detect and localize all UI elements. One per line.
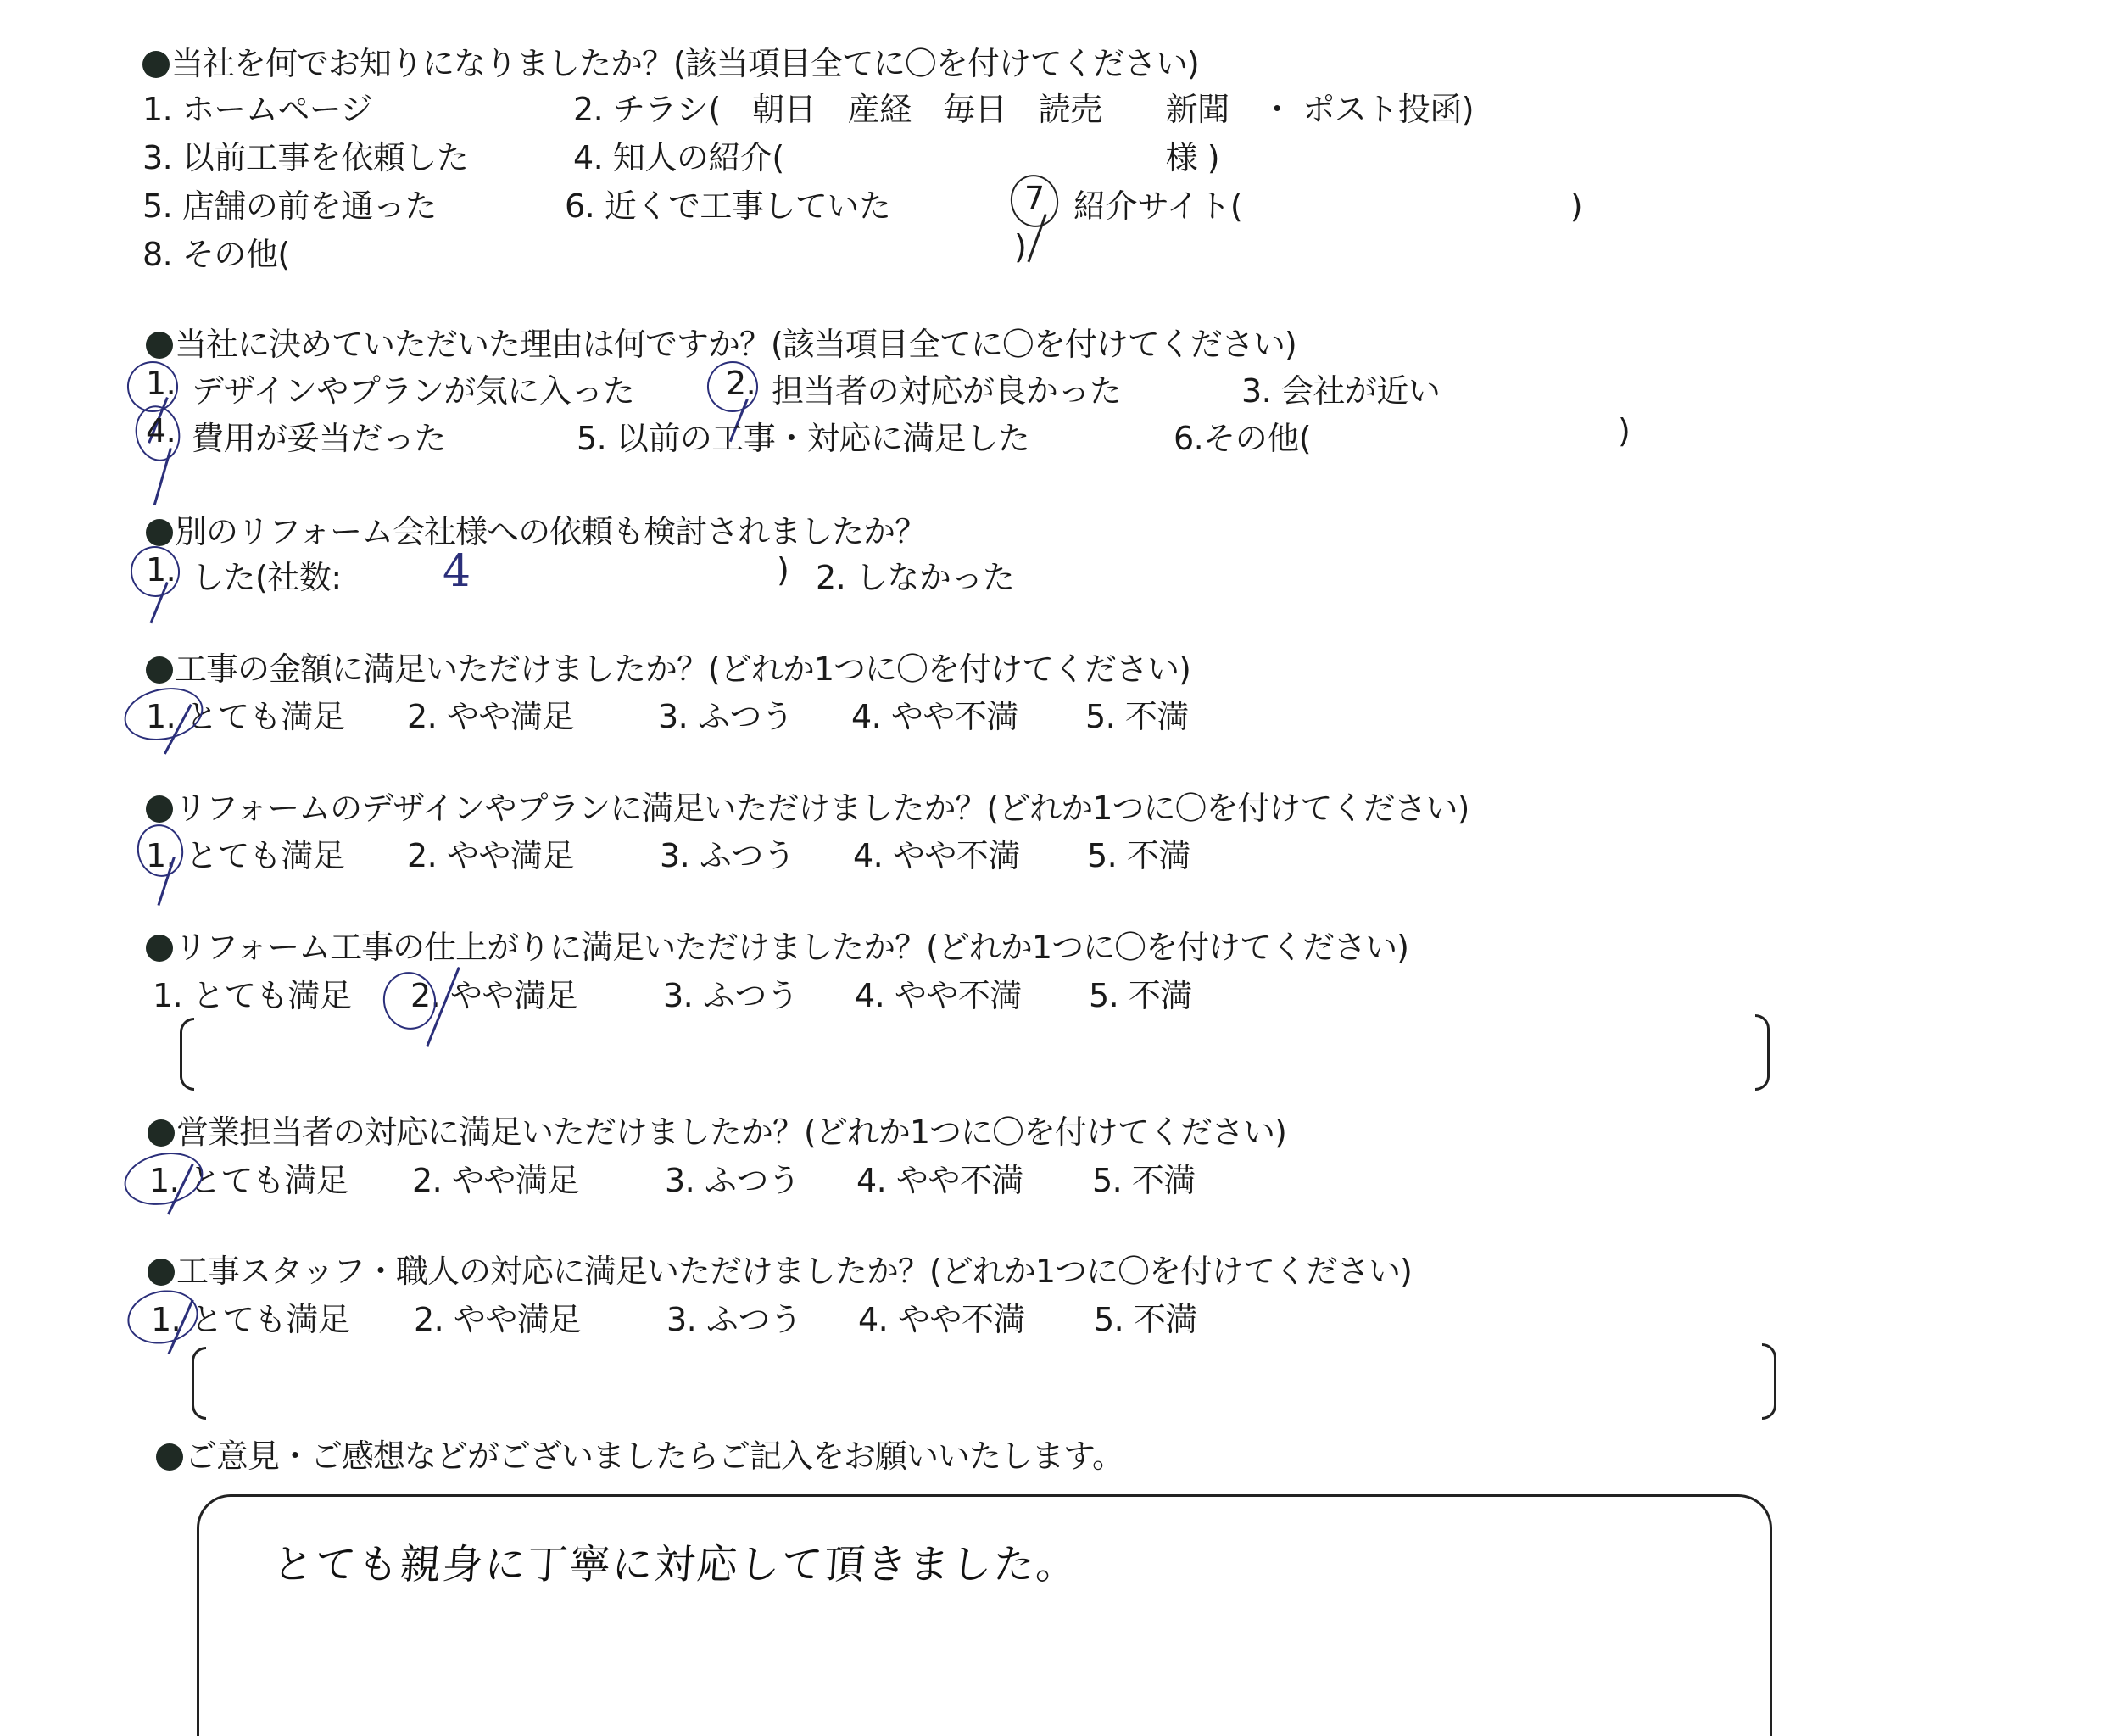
q3-title: 別のリフォーム会社様への依頼も検討されましたか？ xyxy=(146,505,926,552)
q6-comment-field[interactable] xyxy=(204,1022,1747,1081)
q5-option-3[interactable]: 3. ふつう xyxy=(660,829,795,876)
bullet-icon xyxy=(146,795,173,823)
q1-option-6[interactable]: 6. 近くで工事していた xyxy=(565,180,890,226)
q2-title: 当社に決めていただいた理由は何ですか？(該当項目全てに〇を付けてください) xyxy=(146,318,1296,365)
q4-option-2[interactable]: 2. やや満足 xyxy=(407,690,574,737)
q9-comment-handwritten[interactable]: とても親身に丁寧に対応して頂きました。 xyxy=(271,1532,1081,1590)
q8-option-3[interactable]: 3. ふつう xyxy=(666,1293,801,1340)
q1-title: 当社を何でお知りになりましたか？(該当項目全てに〇を付けてください) xyxy=(142,37,1199,84)
q3-option-1-close: ) xyxy=(777,551,789,589)
q1-option-8[interactable]: 8. その他( xyxy=(142,228,290,275)
q2-option-5[interactable]: 5. 以前の工事・対応に満足した xyxy=(577,412,1029,459)
bullet-icon xyxy=(146,519,173,546)
q7-option-2[interactable]: 2. やや満足 xyxy=(412,1154,579,1201)
q6-option-3[interactable]: 3. ふつう xyxy=(663,969,798,1016)
q1-title-text: 当社を何でお知りになりましたか？(該当項目全てに〇を付けてください) xyxy=(171,45,1199,82)
bullet-icon xyxy=(148,1259,175,1286)
bullet-icon xyxy=(146,332,173,359)
q6-title: リフォーム工事の仕上がりに満足いただけましたか？(どれか1つに〇を付けてください… xyxy=(146,921,1408,968)
q5-title-text: リフォームのデザインやプランに満足いただけましたか？(どれか1つに〇を付けてくだ… xyxy=(175,790,1469,827)
q2-option-3[interactable]: 3. 会社が近い xyxy=(1241,365,1440,411)
q1-option-2[interactable]: 2. チラシ( 朝日 産経 毎日 読売 新聞 ・ ポスト投函) xyxy=(573,83,1474,130)
q8-comment-bracket-left xyxy=(192,1347,206,1420)
q5-option-5[interactable]: 5. 不満 xyxy=(1087,829,1190,876)
q2-title-text: 当社に決めていただいた理由は何ですか？(該当項目全てに〇を付けてください) xyxy=(175,326,1296,363)
q7-title-text: 営業担当者の対応に満足いただけましたか？(どれか1つに〇を付けてください) xyxy=(176,1114,1286,1151)
bullet-icon xyxy=(148,1119,175,1147)
q2-option-2[interactable]: 担当者の対応が良かった xyxy=(772,365,1122,411)
q8-title: 工事スタッフ・職人の対応に満足いただけましたか？(どれか1つに〇を付けてください… xyxy=(148,1245,1412,1292)
q4-title-text: 工事の金額に満足いただけましたか？(どれか1つに〇を付けてください) xyxy=(175,650,1190,688)
bullet-icon xyxy=(146,935,173,962)
selection-circle xyxy=(131,401,186,465)
q8-option-2[interactable]: 2. やや満足 xyxy=(414,1293,581,1340)
q1-option-1[interactable]: 1. ホームページ xyxy=(142,83,372,130)
q1-option-4[interactable]: 4. 知人の紹介( 様 ) xyxy=(573,131,1219,178)
q2-option-6[interactable]: 6.その他( xyxy=(1174,412,1311,459)
q4-option-5[interactable]: 5. 不満 xyxy=(1085,690,1189,737)
q6-option-4[interactable]: 4. やや不満 xyxy=(855,969,1022,1016)
q2-option-6-close: ) xyxy=(1618,412,1630,449)
q6-option-2[interactable]: 2. やや満足 xyxy=(410,969,577,1016)
q2-option-4[interactable]: 費用が妥当だった xyxy=(192,412,446,459)
q9-comment-box xyxy=(197,1494,1772,1736)
q4-option-4[interactable]: 4. やや不満 xyxy=(851,690,1018,737)
q5-title: リフォームのデザインやプランに満足いただけましたか？(どれか1つに〇を付けてくだ… xyxy=(146,782,1469,829)
q8-comment-field[interactable] xyxy=(215,1351,1750,1410)
q9-title-text: ご意見・ご感想などがございましたらご記入をお願いいたします。 xyxy=(185,1437,1123,1475)
q3-option-2[interactable]: 2. しなかった xyxy=(816,551,1014,598)
company-count-handwritten[interactable]: 4 xyxy=(443,546,471,597)
q5-option-4[interactable]: 4. やや不満 xyxy=(853,829,1020,876)
q4-option-3[interactable]: 3. ふつう xyxy=(658,690,793,737)
q6-option-5[interactable]: 5. 不満 xyxy=(1089,969,1192,1016)
q9-title: ご意見・ご感想などがございましたらご記入をお願いいたします。 xyxy=(156,1430,1123,1476)
bullet-icon xyxy=(142,51,170,78)
selection-circle xyxy=(1006,170,1063,232)
q6-option-1[interactable]: 1. とても満足 xyxy=(153,969,351,1016)
q6-comment-bracket-left xyxy=(180,1018,194,1091)
q1-option-8-close: ) xyxy=(1014,228,1026,265)
q7-option-4[interactable]: 4. やや不満 xyxy=(856,1154,1023,1201)
q7-title: 営業担当者の対応に満足いただけましたか？(どれか1つに〇を付けてください) xyxy=(148,1106,1286,1153)
bullet-icon xyxy=(156,1443,183,1471)
bullet-icon xyxy=(146,656,173,684)
q8-title-text: 工事スタッフ・職人の対応に満足いただけましたか？(どれか1つに〇を付けてください… xyxy=(176,1253,1412,1290)
q5-option-2[interactable]: 2. やや満足 xyxy=(407,829,574,876)
q1-option-7[interactable]: 紹介サイト( ) xyxy=(1073,180,1582,226)
q4-title: 工事の金額に満足いただけましたか？(どれか1つに〇を付けてください) xyxy=(146,643,1190,689)
q8-comment-bracket-right xyxy=(1762,1343,1776,1420)
q2-option-1[interactable]: デザインやプランが気に入った xyxy=(192,365,634,411)
q6-comment-bracket-right xyxy=(1755,1014,1770,1091)
q8-option-4[interactable]: 4. やや不満 xyxy=(858,1293,1025,1340)
q1-option-3[interactable]: 3. 以前工事を依頼した xyxy=(142,131,468,178)
q8-option-5[interactable]: 5. 不満 xyxy=(1094,1293,1197,1340)
q7-option-5[interactable]: 5. 不満 xyxy=(1092,1154,1196,1201)
q7-option-3[interactable]: 3. ふつう xyxy=(665,1154,800,1201)
q1-option-5[interactable]: 5. 店舗の前を通った xyxy=(142,180,437,226)
q3-title-text: 別のリフォーム会社様への依頼も検討されましたか？ xyxy=(175,513,926,550)
q3-option-1[interactable]: した(社数: xyxy=(192,551,342,598)
q6-title-text: リフォーム工事の仕上がりに満足いただけましたか？(どれか1つに〇を付けてください… xyxy=(175,929,1408,966)
